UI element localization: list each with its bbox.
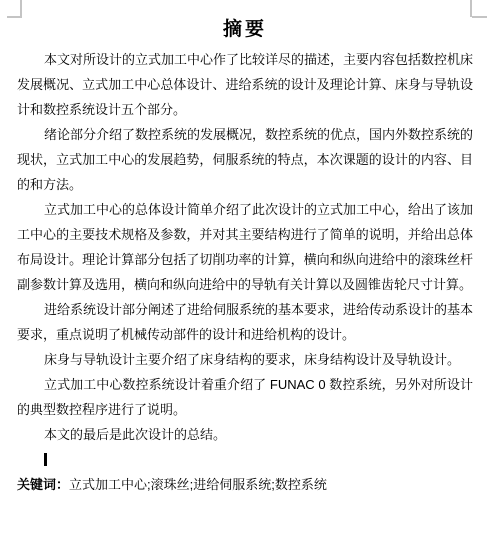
abstract-paragraph: 本文的最后是此次设计的总结。 [17, 422, 473, 447]
margin-crop-mark-top-right-vertical [470, 0, 472, 17]
abstract-paragraph: 立式加工中心的总体设计简单介绍了此次设计的立式加工中心，给出了该加工中心的主要技… [17, 197, 473, 297]
abstract-paragraph: 绪论部分介绍了数控系统的发展概况，数控系统的优点，国内外数控系统的现状，立式加工… [17, 122, 473, 197]
document-text-area[interactable]: 摘要 本文对所设计的立式加工中心作了比较详尽的描述，主要内容包括数控机床发展概况… [17, 18, 473, 497]
empty-line[interactable] [17, 447, 473, 472]
abstract-title: 摘要 [17, 18, 473, 42]
abstract-paragraph: 本文对所设计的立式加工中心作了比较详尽的描述，主要内容包括数控机床发展概况、立式… [17, 47, 473, 122]
keywords-line: 关键词：立式加工中心;滚珠丝;进给伺服系统;数控系统 [17, 472, 473, 497]
keywords-list: 立式加工中心;滚珠丝;进给伺服系统;数控系统 [69, 477, 327, 492]
margin-crop-mark-top-left-vertical [20, 0, 22, 17]
abstract-paragraph: 进给系统设计部分阐述了进给伺服系统的基本要求，进给传动系设计的基本要求，重点说明… [17, 297, 473, 347]
text-cursor [44, 453, 47, 466]
keywords-label: 关键词： [17, 477, 69, 492]
abstract-paragraph: 床身与导轨设计主要介绍了床身结构的要求，床身结构设计及导轨设计。 [17, 347, 473, 372]
document-page: 摘要 本文对所设计的立式加工中心作了比较详尽的描述，主要内容包括数控机床发展概况… [0, 0, 490, 545]
abstract-paragraph: 立式加工中心数控系统设计着重介绍了 FUNAC 0 数控系统，另外对所设计的典型… [17, 372, 473, 422]
margin-crop-mark-top-right-horizontal [472, 16, 487, 18]
